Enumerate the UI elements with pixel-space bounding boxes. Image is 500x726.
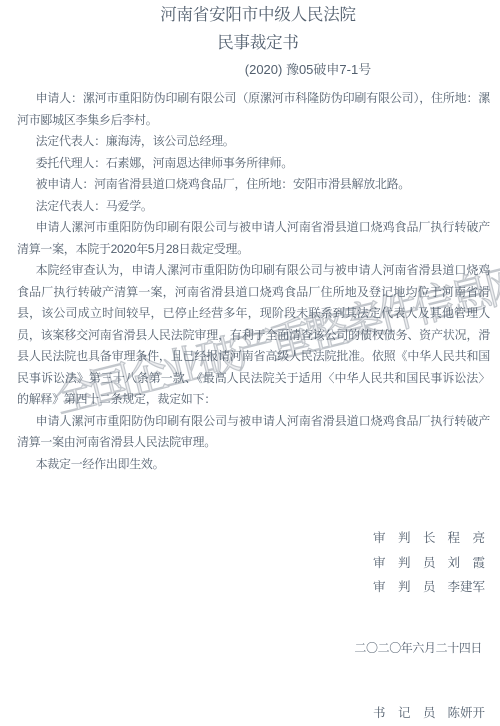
- signature-name: 李建军: [447, 575, 485, 600]
- clerk-signature: 书 记 员 陈妍开: [373, 703, 485, 723]
- signature-role: 审 判 员: [373, 551, 436, 576]
- paragraph-ruling: 申请人漯河市重阳防伪印刷有限公司与被申请人河南省滑县道口烧鸡食品厂执行转破产清算…: [17, 411, 490, 454]
- signature-role: 审 判 员: [373, 575, 436, 600]
- paragraph-legal-rep-2: 法定代表人：马爱学。: [17, 196, 490, 218]
- paragraph-respondent: 被申请人：河南省滑县道口烧鸡食品厂，住所地：安阳市滑县解放北路。: [17, 174, 490, 196]
- signature-presiding-judge: 审 判 长 程 亮: [373, 526, 485, 551]
- signature-block: 审 判 长 程 亮 审 判 员 刘 霞 审 判 员 李建军: [373, 526, 485, 600]
- signature-name: 刘 霞: [447, 551, 485, 576]
- paragraph-legal-rep-1: 法定代表人：廉海涛，该公司总经理。: [17, 131, 490, 153]
- signature-role: 审 判 长: [373, 526, 436, 551]
- paragraph-case-acceptance: 申请人漯河市重阳防伪印刷有限公司与被申请人河南省滑县道口烧鸡食品厂执行转破产清算…: [17, 217, 490, 260]
- case-number: (2020) 豫05破申7-1号: [0, 61, 500, 79]
- clerk-name: 陈妍开: [447, 703, 485, 723]
- paragraph-agent: 委托代理人：石素娜，河南恩达律师事务所律师。: [17, 153, 490, 175]
- clerk-role: 书 记 员: [373, 703, 436, 723]
- paragraph-applicant: 申请人：漯河市重阳防伪印刷有限公司（原漯河市科隆防伪印刷有限公司），住所地：漯河…: [17, 88, 490, 131]
- document-body: 申请人：漯河市重阳防伪印刷有限公司（原漯河市科隆防伪印刷有限公司），住所地：漯河…: [17, 88, 490, 475]
- document-header: 河南省安阳市中级人民法院 民事裁定书: [0, 1, 500, 57]
- signature-judge-2: 审 判 员 李建军: [373, 575, 485, 600]
- court-name: 河南省安阳市中级人民法院: [16, 1, 500, 29]
- signature-name: 程 亮: [447, 526, 485, 551]
- signature-judge-1: 审 判 员 刘 霞: [373, 551, 485, 576]
- paragraph-court-opinion: 本院经审查认为，申请人漯河市重阳防伪印刷有限公司与被申请人河南省滑县道口烧鸡食品…: [17, 260, 490, 411]
- document-type: 民事裁定书: [16, 29, 500, 57]
- document-page: 全国企业破产重整案件信息网 河南省安阳市中级人民法院 民事裁定书 (2020) …: [0, 0, 500, 726]
- paragraph-effective: 本裁定一经作出即生效。: [17, 454, 490, 476]
- ruling-date: 二〇二〇年六月二十四日: [354, 638, 482, 658]
